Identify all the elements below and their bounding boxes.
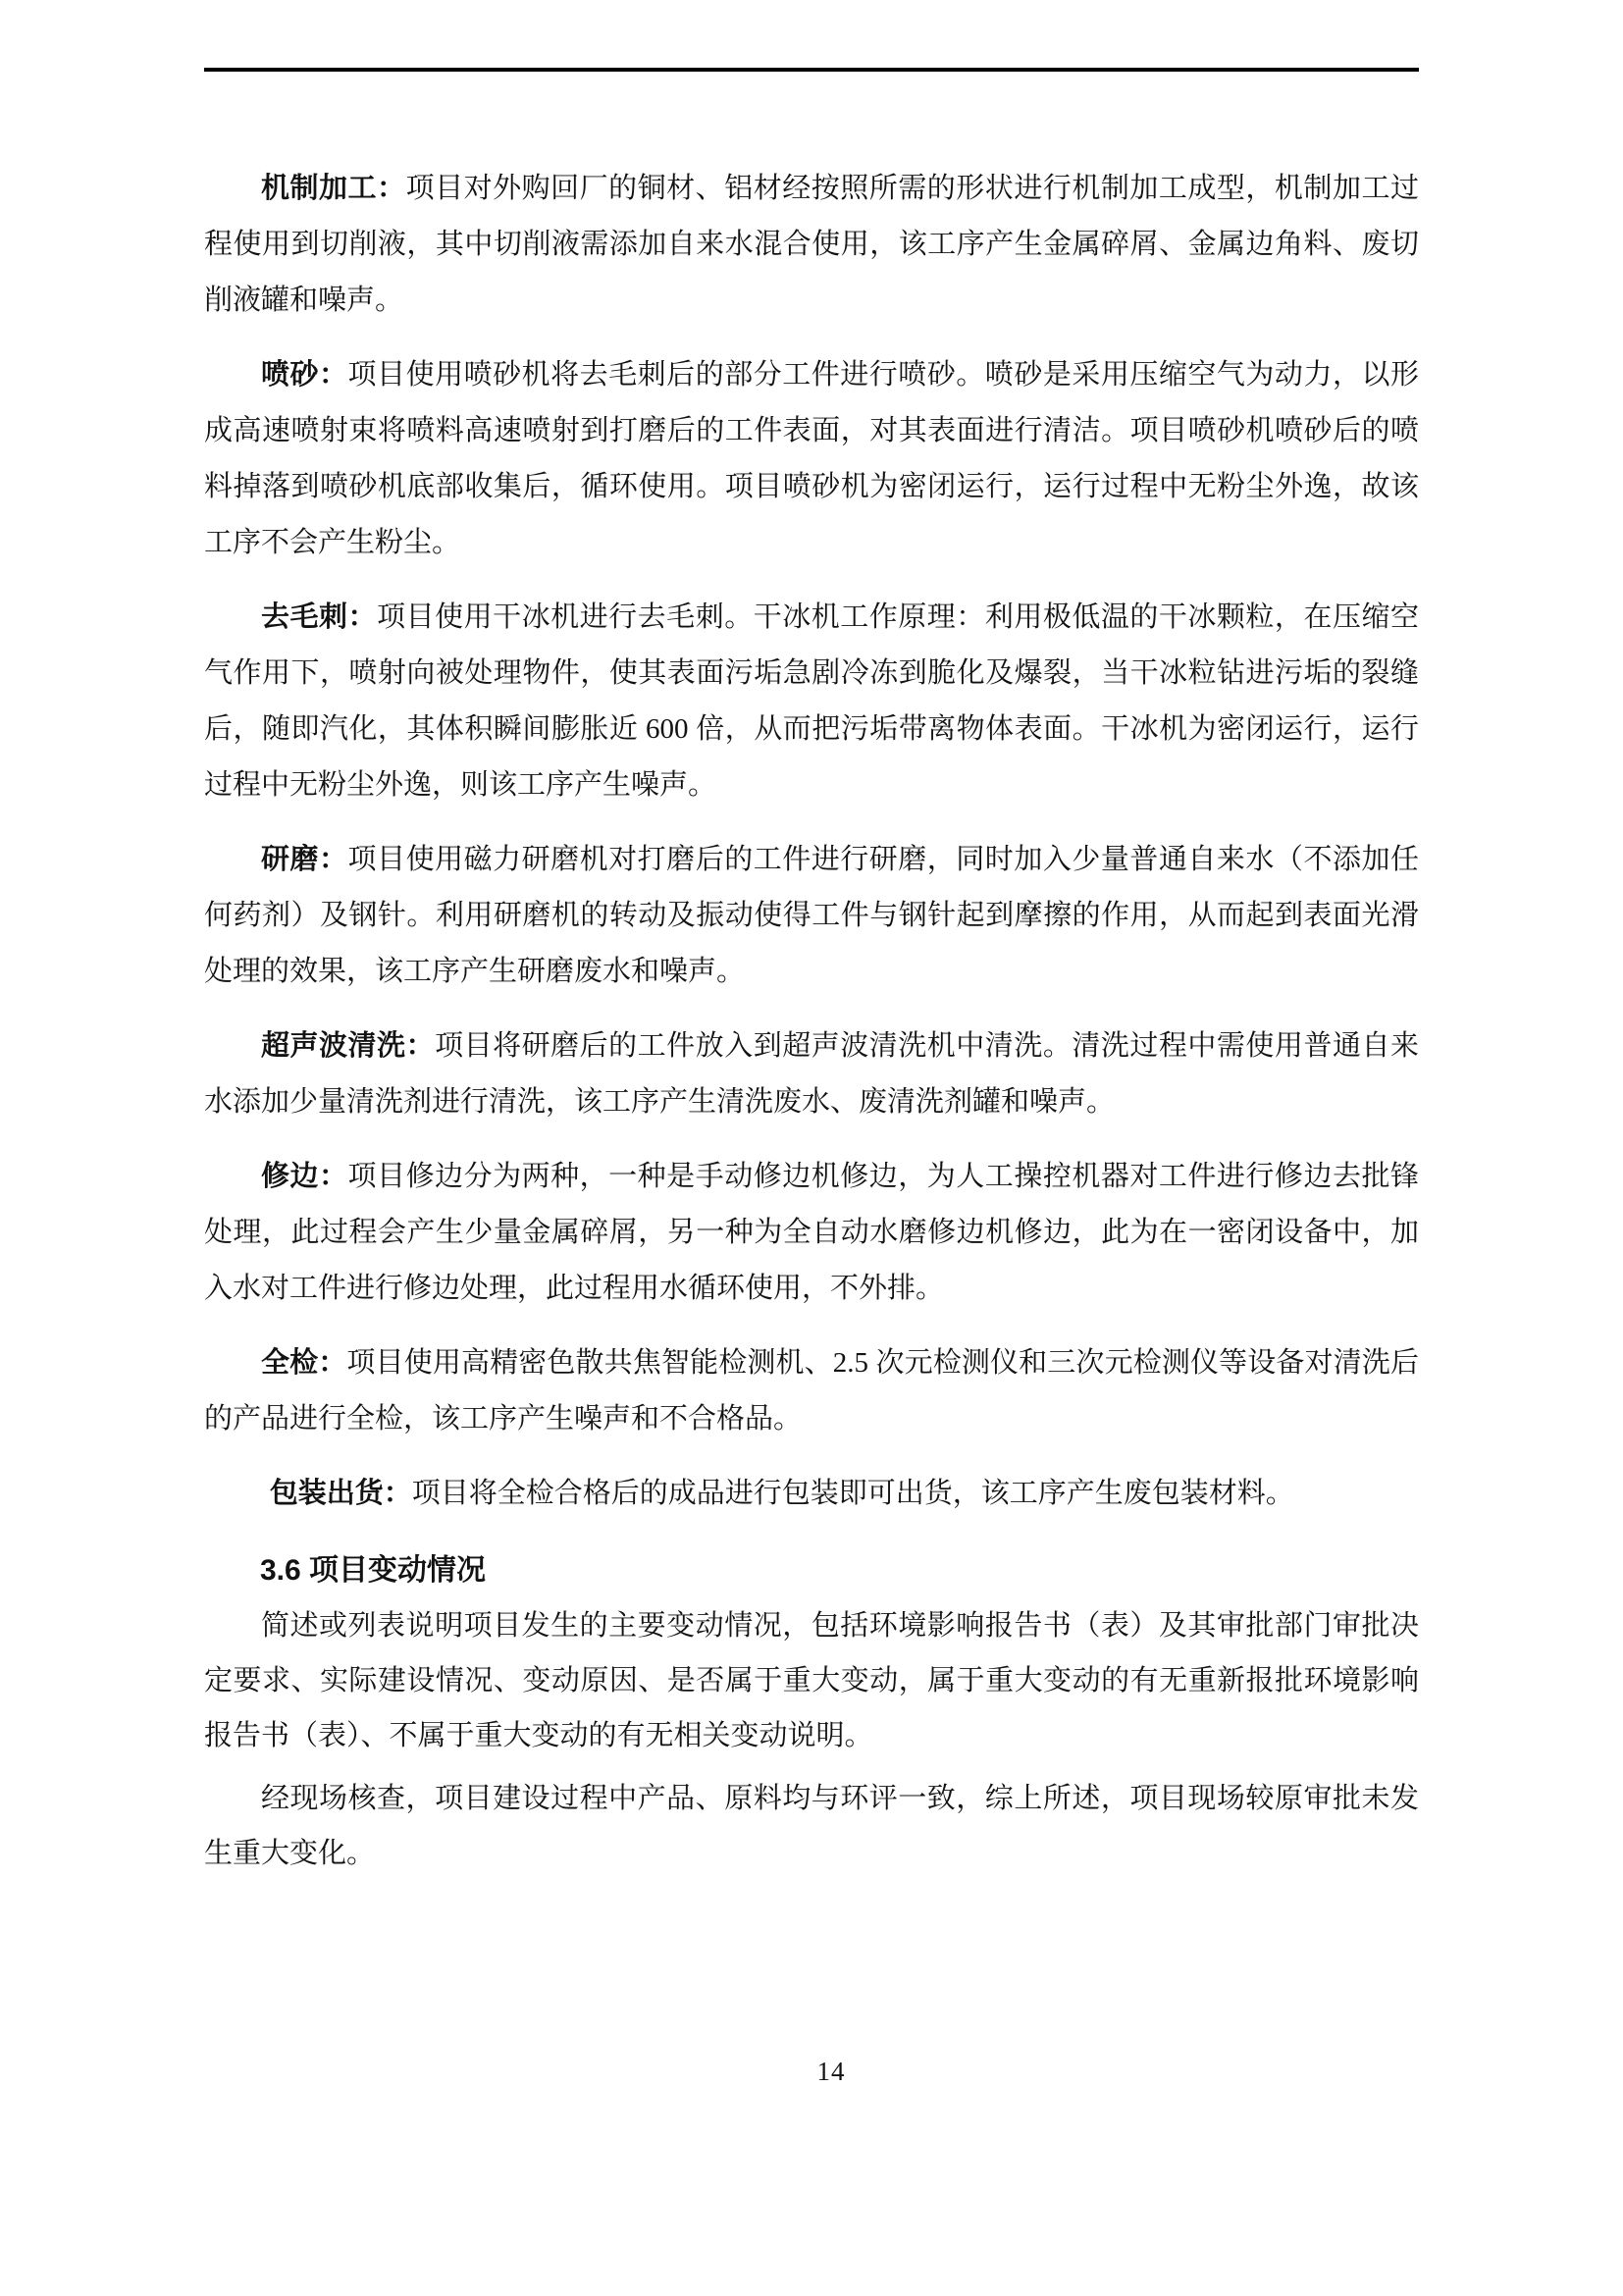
process-term: 去毛刺： — [261, 601, 377, 633]
process-description: 项目使用喷砂机将去毛刺后的部分工件进行喷砂。喷砂是采用压缩空气为动力，以形成高速… — [204, 359, 1419, 558]
paragraph-ultrasonic-cleaning: 超声波清洗：项目将研磨后的工件放入到超声波清洗机中清洗。清洗过程中需使用普通自来… — [204, 1018, 1419, 1130]
process-term: 超声波清洗： — [261, 1030, 435, 1062]
paragraph-grinding: 研磨：项目使用磁力研磨机对打磨后的工件进行研磨，同时加入少量普通自来水（不添加任… — [204, 832, 1419, 1000]
process-description: 项目使用干冰机进行去毛刺。干冰机工作原理：利用极低温的干冰颗粒，在压缩空气作用下… — [204, 601, 1419, 801]
section-paragraph: 经现场核查，项目建设过程中产品、原料均与环评一致，综上所述，项目现场较原审批未发… — [204, 1771, 1419, 1881]
process-term: 包装出货： — [270, 1478, 412, 1509]
process-description: 项目使用磁力研磨机对打磨后的工件进行研磨，同时加入少量普通自来水（不添加任何药剂… — [204, 844, 1419, 987]
process-description: 项目使用高精密色散共焦智能检测机、2.5 次元检测仪和三次元检测仪等设备对清洗后… — [204, 1347, 1419, 1435]
document-page: 机制加工：项目对外购回厂的铜材、铝材经按照所需的形状进行机制加工成型，机制加工过… — [0, 0, 1623, 2296]
process-term: 机制加工： — [261, 173, 406, 204]
process-description: 项目修边分为两种，一种是手动修边机修边，为人工操控机器对工件进行修边去批锋处理，… — [204, 1161, 1419, 1304]
process-term: 修边： — [261, 1161, 348, 1192]
process-term: 全检： — [261, 1347, 346, 1379]
page-content: 机制加工：项目对外购回厂的铜材、铝材经按照所需的形状进行机制加工成型，机制加工过… — [204, 161, 1419, 1889]
paragraph-full-inspection: 全检：项目使用高精密色散共焦智能检测机、2.5 次元检测仪和三次元检测仪等设备对… — [204, 1335, 1419, 1447]
header-rule — [204, 68, 1419, 72]
paragraph-trimming: 修边：项目修边分为两种，一种是手动修边机修边，为人工操控机器对工件进行修边去批锋… — [204, 1149, 1419, 1317]
page-number: 14 — [0, 2057, 1623, 2087]
paragraph-sandblasting: 喷砂：项目使用喷砂机将去毛刺后的部分工件进行喷砂。喷砂是采用压缩空气为动力，以形… — [204, 347, 1419, 571]
process-description: 项目将全检合格后的成品进行包装即可出货，该工序产生废包装材料。 — [412, 1478, 1294, 1509]
process-term: 喷砂： — [261, 359, 348, 391]
process-term: 研磨： — [261, 844, 348, 875]
paragraph-machining: 机制加工：项目对外购回厂的铜材、铝材经按照所需的形状进行机制加工成型，机制加工过… — [204, 161, 1419, 329]
section-heading-3-6: 3.6 项目变动情况 — [204, 1543, 1419, 1598]
section-paragraph: 简述或列表说明项目发生的主要变动情况，包括环境影响报告书（表）及其审批部门审批决… — [204, 1598, 1419, 1763]
paragraph-deburring: 去毛刺：项目使用干冰机进行去毛刺。干冰机工作原理：利用极低温的干冰颗粒，在压缩空… — [204, 590, 1419, 813]
paragraph-packing-shipping: 包装出货：项目将全检合格后的成品进行包装即可出货，该工序产生废包装材料。 — [204, 1466, 1419, 1522]
